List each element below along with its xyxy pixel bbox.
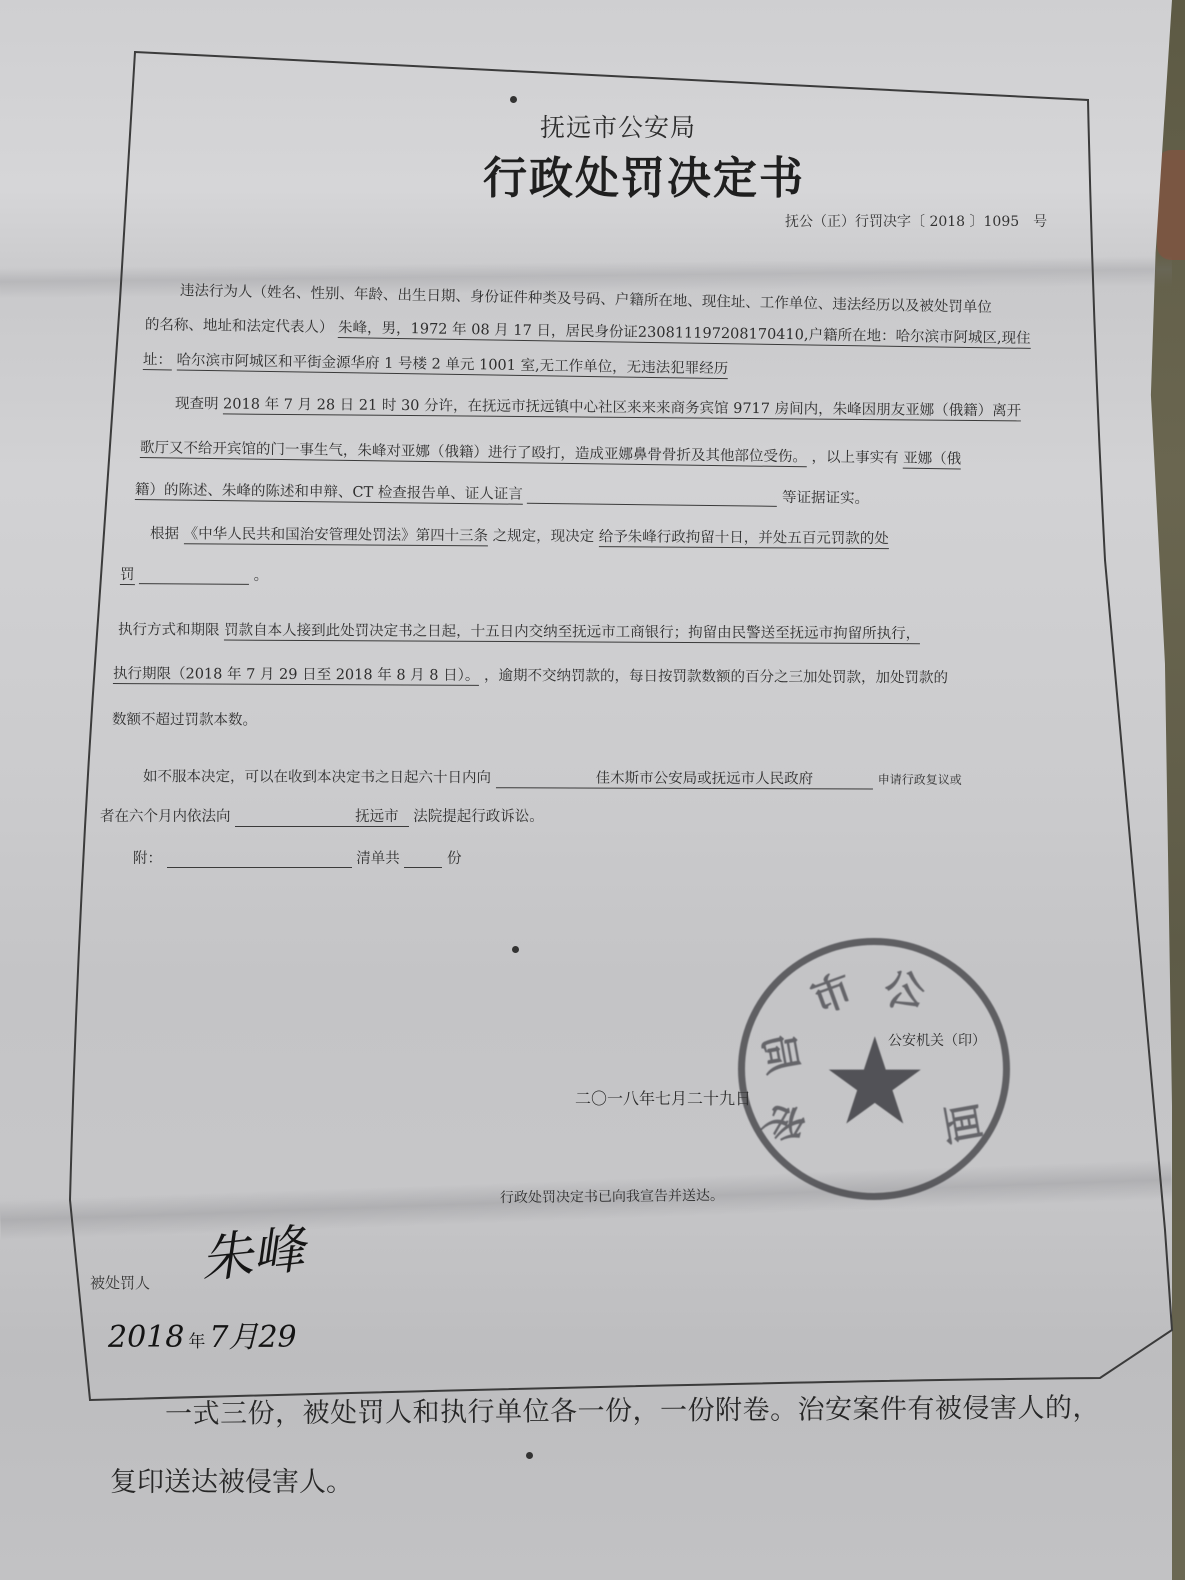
document-number: 抚公（正）行罚决字〔 2018 〕1095 号: [785, 211, 1047, 231]
basis-label: 根据: [150, 526, 179, 542]
execution-text-1: 罚款自本人接到此处罚决定书之日起，十五日内交纳至抚远市工商银行；拘留由民警送至抚…: [224, 623, 920, 645]
decision-end-line: 罚 。: [120, 563, 268, 585]
signed-year: 2018: [108, 1320, 184, 1355]
appeal-line-2: 者在六个月内依法向 抚远市 法院提起行政诉讼。: [100, 805, 544, 826]
blank-line: [167, 867, 352, 868]
speck: [512, 946, 519, 953]
blank-line: [404, 867, 442, 868]
seal-char: 公: [885, 959, 925, 1016]
facts-evidence-a: 亚娜（俄: [903, 451, 961, 470]
attachment-label: 附：: [133, 851, 162, 867]
basis-mid: 之规定，现决定: [493, 528, 595, 545]
late-fee-text-2: 数额不超过罚款本数。: [112, 708, 257, 730]
speck: [526, 1452, 533, 1459]
footer-note-1: 一式三份，被处罚人和执行单位各一份，一份附卷。治安案件有被侵害人的，: [165, 1385, 1100, 1431]
execution-label: 执行方式和期限: [118, 622, 220, 639]
attachment-line: 附： 清单共 份: [133, 847, 461, 868]
served-statement: 行政处罚决定书已向我宣告并送达。: [500, 1185, 724, 1207]
appeal-text-2: 者在六个月内依法向: [100, 809, 231, 825]
appeal-body: 佳木斯市公安局或抚远市人民政府: [496, 770, 874, 789]
handwritten-signature: 朱峰: [196, 1207, 307, 1292]
facts-suffix: 等证据证实。: [782, 490, 869, 507]
seal-char: 局: [751, 1029, 814, 1078]
signed-year-unit: 年: [188, 1332, 205, 1352]
penalized-person-label: 被处罚人: [90, 1272, 150, 1293]
appeal-text-2-end: 法院提起行政诉讼。: [413, 809, 544, 825]
execution-line-2: 执行期限（2018 年 7 月 29 日至 2018 年 8 月 8 日）。 ，…: [113, 662, 948, 687]
late-fee-text-1: ，逾期不交纳罚款的，每日按罚款数额的百分之三加处罚款，加处罚款的: [484, 668, 948, 686]
issue-date: 二〇一八年七月二十九日: [575, 1086, 751, 1109]
speck: [510, 96, 517, 103]
footer-note-2: 复印送达被侵害人。: [110, 1460, 353, 1499]
attachment-list-label: 清单共: [356, 851, 400, 867]
handwritten-date: 2018年7月29: [108, 1312, 297, 1356]
appeal-court: 抚远市: [235, 809, 409, 827]
penalty-decision: 给予朱峰行政拘留十日，并处五百元罚款的处: [599, 529, 889, 549]
execution-line: 执行方式和期限 罚款自本人接到此处罚决定书之日起，十五日内交纳至抚远市工商银行；…: [118, 618, 920, 643]
signed-month-day: 7月29: [209, 1320, 296, 1355]
seal-char: 面: [929, 1099, 992, 1148]
facts-prefix: ，以上事实有: [811, 449, 898, 466]
holding-hand: [1157, 150, 1185, 260]
appeal-line: 如不服本决定，可以在收到本决定书之日起六十日内向 佳木斯市公安局或抚远市人民政府…: [143, 765, 962, 789]
execution-period: 执行期限（2018 年 7 月 29 日至 2018 年 8 月 8 日）。: [113, 666, 479, 686]
official-seal: ★ 市 公 局 务 面: [738, 938, 1010, 1200]
offender-intro-cont: 的名称、地址和法定代表人）: [145, 317, 334, 336]
attachment-unit: 份: [447, 851, 462, 867]
seal-char: 务: [752, 1092, 821, 1155]
issuing-agency: 抚远市公安局: [540, 108, 696, 144]
seal-label: 公安机关（印）: [888, 1030, 986, 1050]
appeal-text-1-end: 申请行政复议或: [878, 773, 962, 787]
findings-label: 现查明: [175, 396, 219, 412]
basis-line: 根据 《中华人民共和国治安管理处罚法》第四十三条 之规定，现决定 给予朱峰行政拘…: [150, 522, 889, 548]
address-prefix: 址：: [143, 352, 172, 370]
penalty-decision-end: 罚: [120, 567, 135, 585]
document-title: 行政处罚决定书: [483, 142, 805, 206]
basis-law: 《中华人民共和国治安管理处罚法》第四十三条: [184, 526, 489, 546]
appeal-text-1: 如不服本决定，可以在收到本决定书之日起六十日内向: [143, 769, 491, 786]
